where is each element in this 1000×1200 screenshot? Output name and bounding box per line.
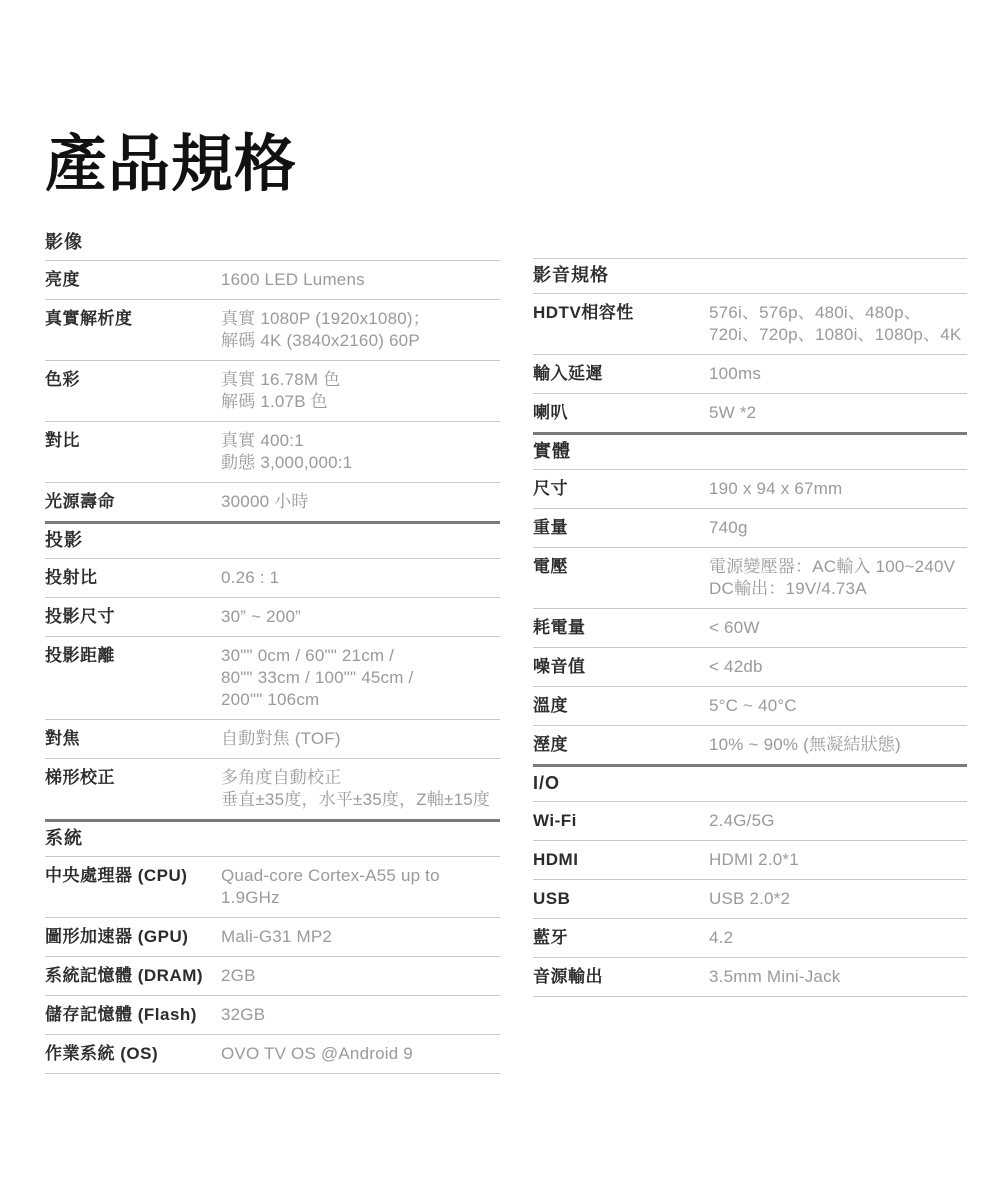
section-projection: 投影 投射比 0.26 : 1 投影尺寸 30” ~ 200” 投影距離 30"… [45,521,500,819]
spec-value: 10% ~ 90% (無凝結狀態) [709,734,967,756]
spec-row: 尺寸 190 x 94 x 67mm [533,470,967,509]
spec-table-right: 影音規格 HDTV相容性 576i、576p、480i、480p、 720i、7… [533,258,967,997]
section-io: I/O Wi-Fi 2.4G/5G HDMI HDMI 2.0*1 USB US… [533,764,967,997]
spec-table-left: 影像 亮度 1600 LED Lumens 真實解析度 真實 1080P (19… [45,226,500,1074]
spec-row: 溼度 10% ~ 90% (無凝結狀態) [533,726,967,764]
spec-row: 音源輸出 3.5mm Mini-Jack [533,958,967,997]
spec-label: 中央處理器 (CPU) [45,865,221,887]
spec-label: USB [533,888,709,910]
spec-row: 色彩 真實 16.78M 色 解碼 1.07B 色 [45,361,500,422]
spec-label: 噪音值 [533,656,709,678]
spec-row: 中央處理器 (CPU) Quad-core Cortex-A55 up to 1… [45,857,500,918]
spec-row: 投射比 0.26 : 1 [45,559,500,598]
spec-value: 4.2 [709,927,967,949]
spec-value: 1600 LED Lumens [221,269,500,291]
spec-row: 喇叭 5W *2 [533,394,967,432]
spec-row: 電壓 電源變壓器：AC輸入 100~240V DC輸出：19V/4.73A [533,548,967,609]
spec-row: 藍牙 4.2 [533,919,967,958]
spec-value: Mali-G31 MP2 [221,926,500,948]
spec-label: 尺寸 [533,478,709,500]
spec-label: 對比 [45,430,221,452]
section-image: 影像 亮度 1600 LED Lumens 真實解析度 真實 1080P (19… [45,226,500,521]
spec-value: HDMI 2.0*1 [709,849,967,871]
spec-label: 投影尺寸 [45,606,221,628]
spec-value: 3.5mm Mini-Jack [709,966,967,988]
spec-row: HDMI HDMI 2.0*1 [533,841,967,880]
spec-value: 多角度自動校正 垂直±35度，水平±35度，Z軸±15度 [221,767,500,811]
spec-row: 投影距離 30"" 0cm / 60"" 21cm / 80"" 33cm / … [45,637,500,720]
spec-row: USB USB 2.0*2 [533,880,967,919]
spec-label: 作業系統 (OS) [45,1043,221,1065]
spec-value: 5W *2 [709,402,967,424]
spec-label: 溼度 [533,734,709,756]
spec-value: 電源變壓器：AC輸入 100~240V DC輸出：19V/4.73A [709,556,967,600]
spec-label: Wi-Fi [533,810,709,832]
spec-value: 2.4G/5G [709,810,967,832]
spec-value: 32GB [221,1004,500,1026]
spec-value: 真實 400:1 動態 3,000,000:1 [221,430,500,474]
section-header-physical: 實體 [533,435,967,470]
spec-value: 576i、576p、480i、480p、 720i、720p、1080i、108… [709,302,967,346]
spec-label: 儲存記憶體 (Flash) [45,1004,221,1026]
spec-row: Wi-Fi 2.4G/5G [533,802,967,841]
spec-label: 耗電量 [533,617,709,639]
spec-label: 亮度 [45,269,221,291]
spec-value: 190 x 94 x 67mm [709,478,967,500]
spec-value: 0.26 : 1 [221,567,500,589]
spec-row: 噪音值 < 42db [533,648,967,687]
spec-label: 投射比 [45,567,221,589]
spec-label: 梯形校正 [45,767,221,789]
spec-label: 圖形加速器 (GPU) [45,926,221,948]
spec-row: 輸入延遲 100ms [533,355,967,394]
page-title: 產品規格 [45,132,297,198]
spec-row: 作業系統 (OS) OVO TV OS @Android 9 [45,1035,500,1074]
spec-value: 真實 1080P (1920x1080)； 解碼 4K (3840x2160) … [221,308,500,352]
spec-label: 音源輸出 [533,966,709,988]
spec-label: 投影距離 [45,645,221,667]
spec-label: HDTV相容性 [533,302,709,324]
spec-value: 自動對焦 (TOF) [221,728,500,750]
spec-row: 耗電量 < 60W [533,609,967,648]
spec-value: OVO TV OS @Android 9 [221,1043,500,1065]
spec-row: 真實解析度 真實 1080P (1920x1080)； 解碼 4K (3840x… [45,300,500,361]
spec-value: 2GB [221,965,500,987]
spec-value: USB 2.0*2 [709,888,967,910]
section-system: 系統 中央處理器 (CPU) Quad-core Cortex-A55 up t… [45,819,500,1074]
spec-value: < 42db [709,656,967,678]
spec-row: 亮度 1600 LED Lumens [45,261,500,300]
spec-label: 對焦 [45,728,221,750]
spec-label: 輸入延遲 [533,363,709,385]
section-header-projection: 投影 [45,524,500,559]
section-header-system: 系統 [45,822,500,857]
spec-value: 30” ~ 200” [221,606,500,628]
spec-label: HDMI [533,849,709,871]
spec-label: 真實解析度 [45,308,221,330]
spec-value: 30000 小時 [221,491,500,513]
spec-label: 重量 [533,517,709,539]
spec-row: 系統記憶體 (DRAM) 2GB [45,957,500,996]
spec-value: 30"" 0cm / 60"" 21cm / 80"" 33cm / 100""… [221,645,500,711]
section-header-av-spec: 影音規格 [533,259,967,294]
spec-label: 電壓 [533,556,709,578]
spec-row: 對焦 自動對焦 (TOF) [45,720,500,759]
section-header-image: 影像 [45,226,500,261]
spec-row: HDTV相容性 576i、576p、480i、480p、 720i、720p、1… [533,294,967,355]
spec-value: 5°C ~ 40°C [709,695,967,717]
spec-row: 光源壽命 30000 小時 [45,483,500,521]
spec-row: 梯形校正 多角度自動校正 垂直±35度，水平±35度，Z軸±15度 [45,759,500,819]
spec-value: 740g [709,517,967,539]
spec-value: Quad-core Cortex-A55 up to 1.9GHz [221,865,500,909]
section-physical: 實體 尺寸 190 x 94 x 67mm 重量 740g 電壓 電源變壓器：A… [533,432,967,764]
spec-label: 色彩 [45,369,221,391]
spec-value: 100ms [709,363,967,385]
spec-value: 真實 16.78M 色 解碼 1.07B 色 [221,369,500,413]
spec-label: 藍牙 [533,927,709,949]
section-av-spec: 影音規格 HDTV相容性 576i、576p、480i、480p、 720i、7… [533,258,967,432]
spec-row: 溫度 5°C ~ 40°C [533,687,967,726]
spec-row: 重量 740g [533,509,967,548]
spec-value: < 60W [709,617,967,639]
spec-row: 儲存記憶體 (Flash) 32GB [45,996,500,1035]
spec-label: 光源壽命 [45,491,221,513]
spec-label: 喇叭 [533,402,709,424]
section-header-io: I/O [533,767,967,802]
spec-row: 圖形加速器 (GPU) Mali-G31 MP2 [45,918,500,957]
spec-row: 投影尺寸 30” ~ 200” [45,598,500,637]
spec-label: 溫度 [533,695,709,717]
spec-row: 對比 真實 400:1 動態 3,000,000:1 [45,422,500,483]
spec-label: 系統記憶體 (DRAM) [45,965,221,987]
